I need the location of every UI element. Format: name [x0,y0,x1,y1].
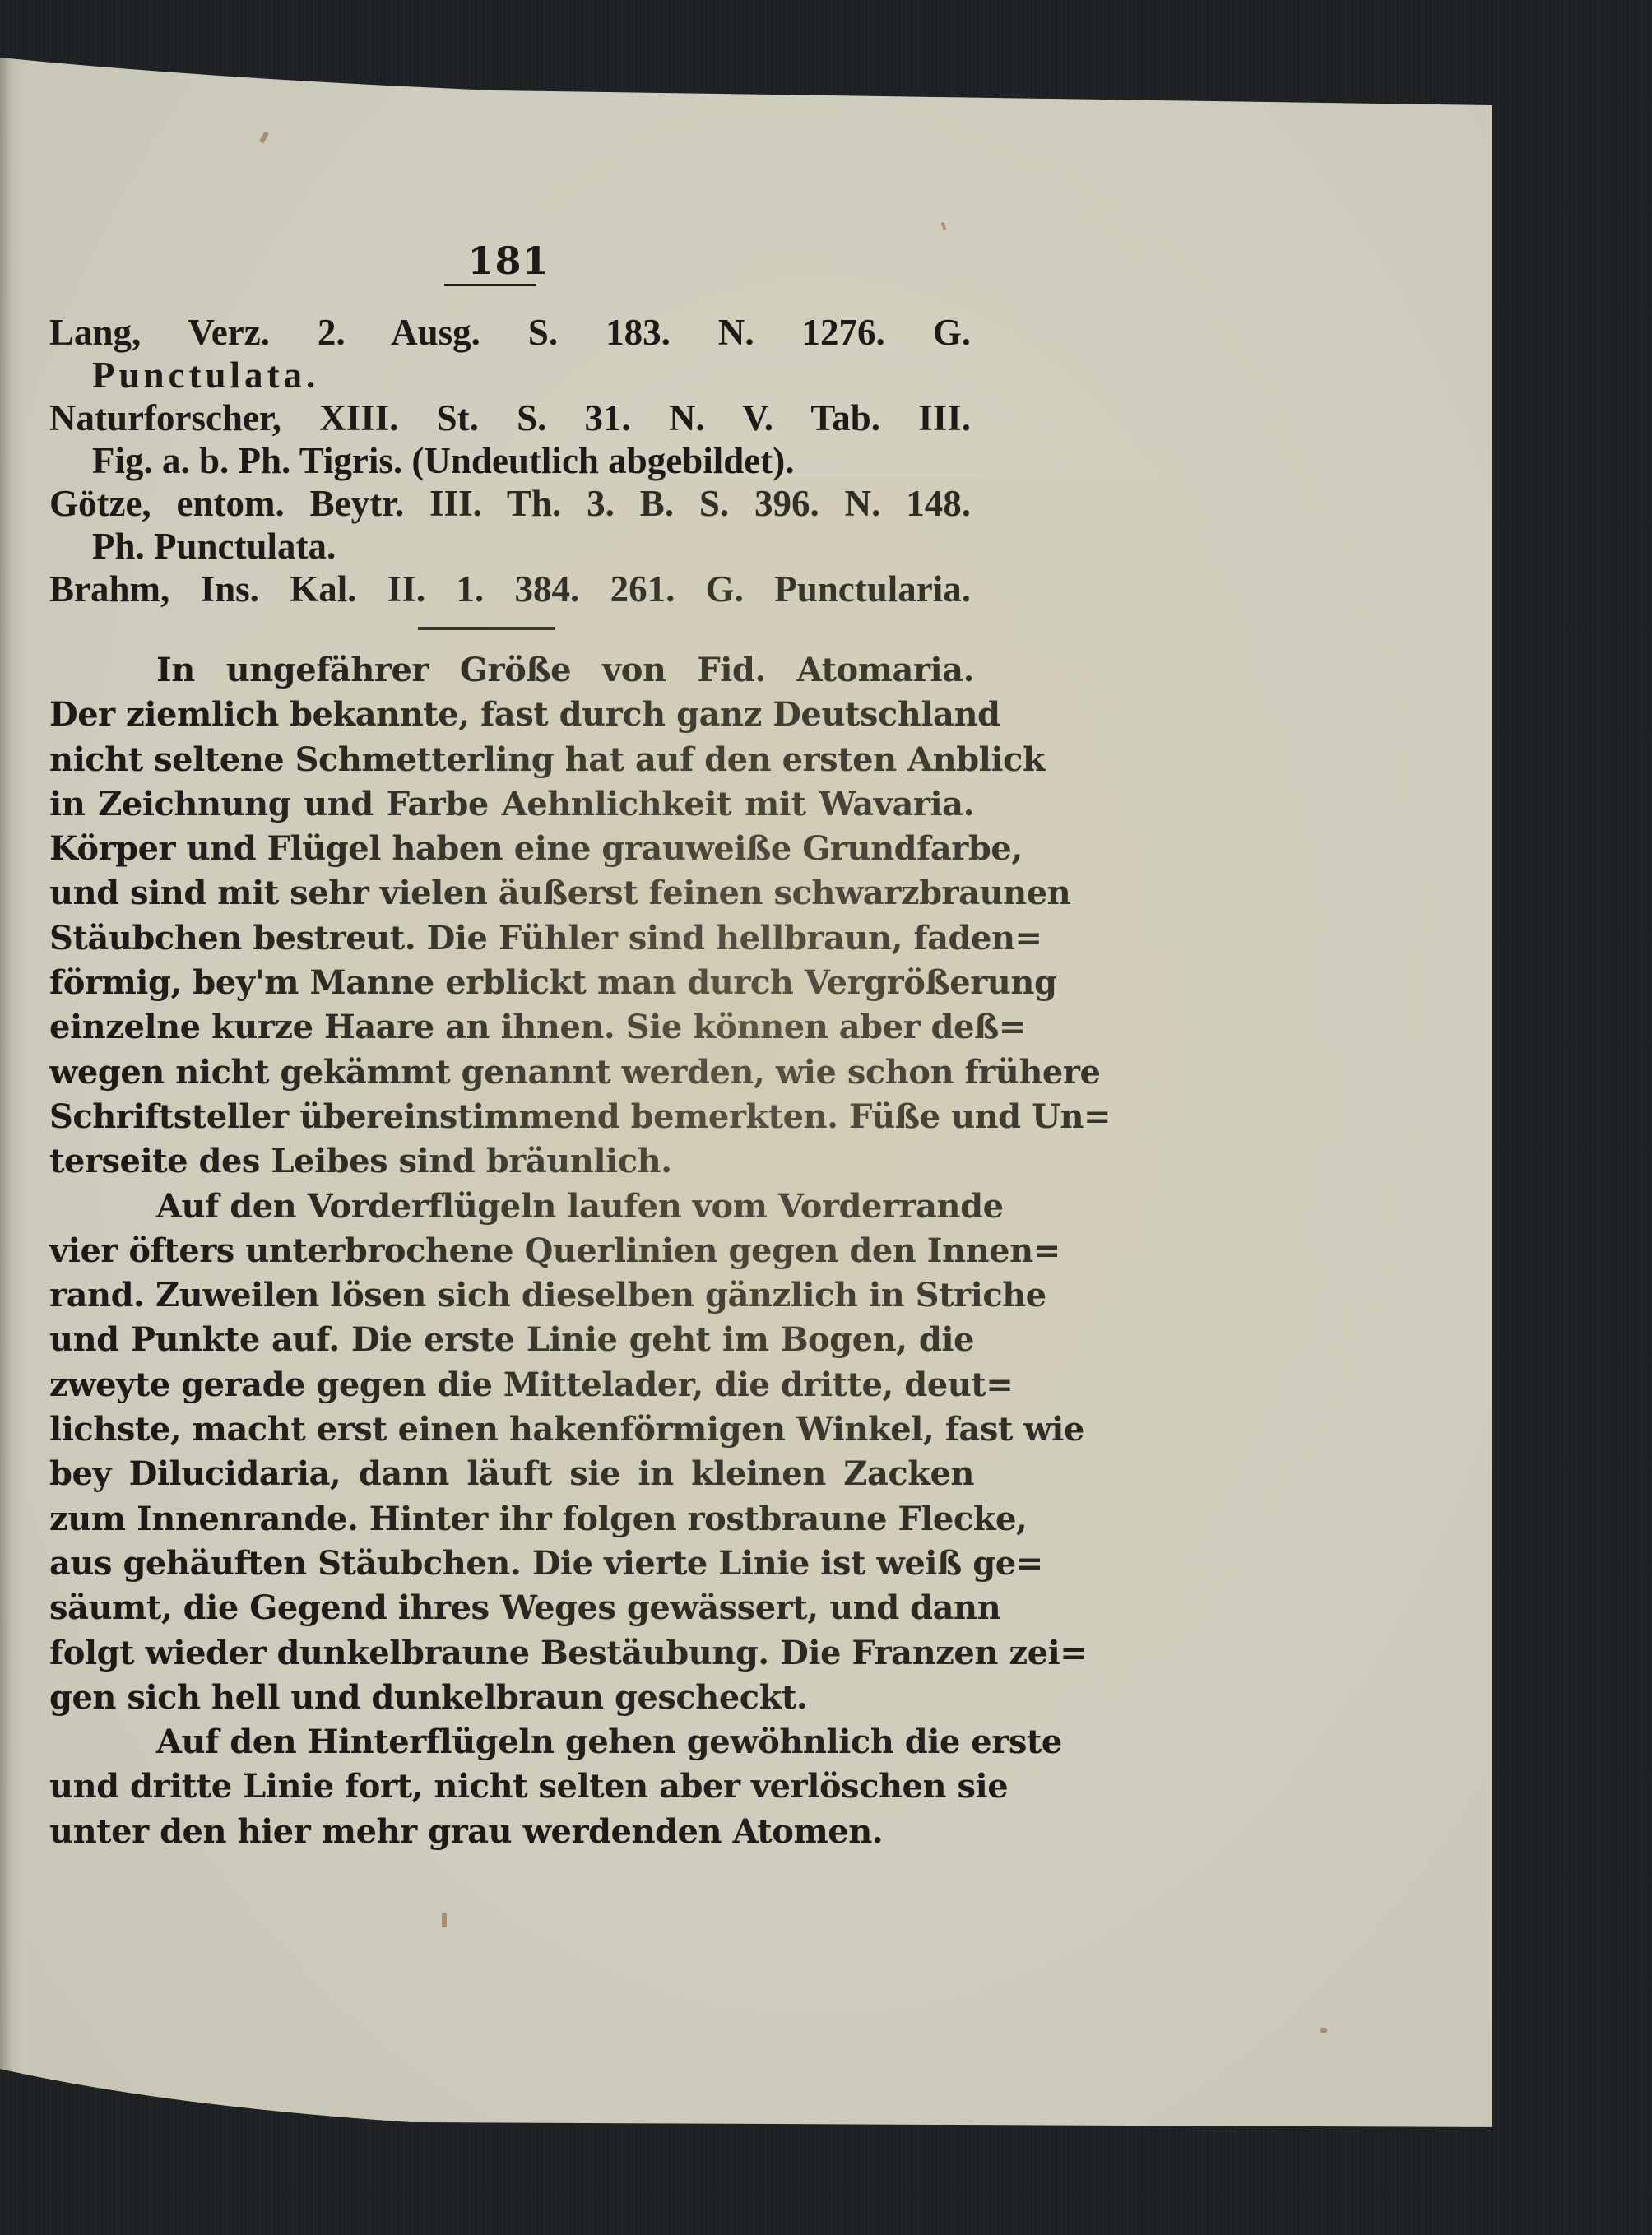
text-line: Stäubchen bestreut. Die Fühler sind hell… [49,916,974,961]
reference-line: Brahm, Ins. Kal. II. 1. 384. 261. G. Pun… [49,568,971,610]
text-line: säumt, die Gegend ihres Weges gewässert,… [49,1586,974,1630]
reference-entry-lang: Lang, Verz. 2. Ausg. S. 183. N. 1276. G.… [49,311,971,396]
paper-speck [940,222,946,231]
text-line: Der ziemlich bekannte, fast durch ganz D… [49,693,974,737]
text-line: wegen nicht gekämmt genannt werden, wie … [49,1050,974,1095]
text-line: aus gehäuften Stäubchen. Die vierte Lini… [49,1542,974,1586]
text-line: in Zeichnung und Farbe Aehnlichkeit mit … [49,782,974,827]
text-line: zweyte gerade gegen die Mittelader, die … [49,1363,974,1407]
page-number: 181 [455,239,562,283]
text-line: unter den hier mehr grau werdenden Atome… [49,1810,974,1854]
reference-line: Ph. Punctulata. [49,525,971,568]
paper-speck [1320,2028,1327,2033]
paper-speck [442,1913,447,1927]
reference-line: Punctulata. [49,354,971,396]
text-line: Auf den Hinterflügeln gehen gewöhnlich d… [49,1720,974,1764]
text-line: terseite des Leibes sind bräunlich. [49,1139,974,1184]
text-line: gen sich hell und dunkelbraun gescheckt. [49,1676,974,1720]
paragraph-hindwings: Auf den Hinterflügeln gehen gewöhnlich d… [49,1720,974,1854]
reference-line: Lang, Verz. 2. Ausg. S. 183. N. 1276. G. [49,311,971,354]
description-body: In ungefährer Größe von Fid. Atomaria. D… [49,648,974,1854]
text-line: vier öfters unterbrochene Querlinien geg… [49,1229,974,1273]
book-page: 181 Lang, Verz. 2. Ausg. S. 183. N. 1276… [0,0,1492,2127]
text-line: Schriftsteller übereinstimmend bemerkten… [49,1095,974,1139]
page-number-rule [444,284,536,286]
text-line: und sind mit sehr vielen äußerst feinen … [49,871,974,916]
text-line: und dritte Linie fort, nicht selten aber… [49,1764,974,1809]
text-line: nicht seltene Schmetterling hat auf den … [49,738,974,782]
text-line: Auf den Vorderflügeln laufen vom Vorderr… [49,1185,974,1229]
section-divider [418,627,555,630]
text-line: lichste, macht erst einen hakenförmigen … [49,1407,974,1452]
reference-line: Fig. a. b. Ph. Tigris. (Undeutlich abgeb… [49,439,971,482]
text-line: bey Dilucidaria, dann läuft sie in klein… [49,1452,974,1496]
text-line: folgt wieder dunkelbraune Bestäubung. Di… [49,1631,974,1676]
text-line: einzelne kurze Haare an ihnen. Sie könne… [49,1005,974,1050]
reference-entry-brahm: Brahm, Ins. Kal. II. 1. 384. 261. G. Pun… [49,568,971,610]
text-line: rand. Zuweilen lösen sich dieselben gänz… [49,1273,974,1318]
text-line: Körper und Flügel haben eine grauweiße G… [49,827,974,871]
paper-speck [259,131,269,143]
reference-line: Naturforscher, XIII. St. S. 31. N. V. Ta… [49,396,971,439]
reference-line: Götze, entom. Beytr. III. Th. 3. B. S. 3… [49,482,971,525]
paragraph-forewings: Auf den Vorderflügeln laufen vom Vorderr… [49,1185,974,1721]
reference-entry-goetze: Götze, entom. Beytr. III. Th. 3. B. S. 3… [49,482,971,568]
paragraph-general-description: In ungefährer Größe von Fid. Atomaria. D… [49,648,974,1185]
text-line: In ungefährer Größe von Fid. Atomaria. [49,648,974,693]
text-line: förmig, bey'm Manne erblickt man durch V… [49,961,974,1005]
references-block: Lang, Verz. 2. Ausg. S. 183. N. 1276. G.… [49,311,971,610]
text-line: und Punkte auf. Die erste Linie geht im … [49,1318,974,1362]
text-line: zum Innenrande. Hinter ihr folgen rostbr… [49,1497,974,1542]
reference-entry-naturforscher: Naturforscher, XIII. St. S. 31. N. V. Ta… [49,396,971,482]
